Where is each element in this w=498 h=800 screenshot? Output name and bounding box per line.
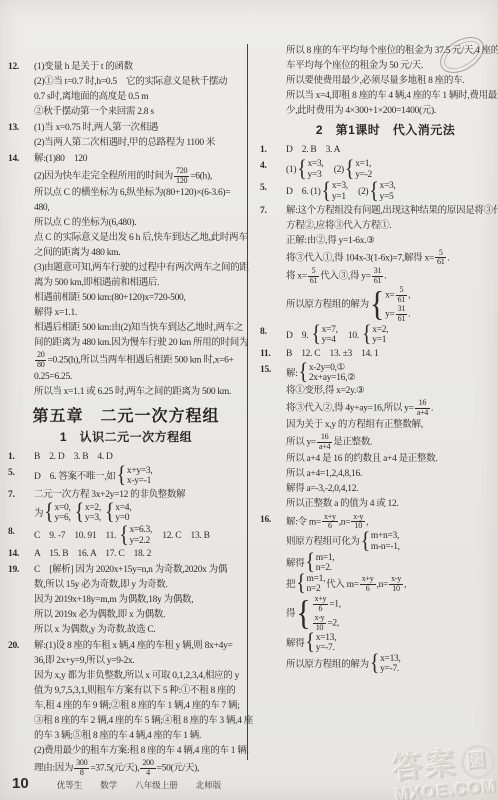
- left-brace-icon: {: [370, 289, 384, 320]
- text-line: 解得 x=1.1.: [34, 306, 244, 321]
- item-number: 5.: [260, 181, 286, 202]
- text-line: 间的距离为 480 km.因为慢车行驶 20 km 所用的时间为: [34, 336, 244, 351]
- left-brace-icon: {: [305, 633, 314, 654]
- fraction: 561: [308, 267, 319, 286]
- answer-item: 1.B 2. D 3. B 4. D: [8, 450, 244, 465]
- answer-item: 5.D 6. 答案不唯一,如{x+y=3,x-y=-1: [8, 466, 244, 487]
- left-brace-icon: {: [299, 363, 308, 384]
- equation-system: {x=13,y=-7.: [370, 654, 401, 675]
- left-brace-icon: {: [296, 598, 310, 629]
- text-line: 2080=0.25(h),所以当两车相遇后相距 500 km 时,x=6+: [34, 351, 244, 370]
- answer-item: 4.(1){x=3,y=3 (2){x=1,y=-2: [260, 159, 498, 180]
- answer-item: 14.A 15. B 16. A 17. C 18. 2: [8, 547, 244, 562]
- text-line: ③租 8 座的车 2 辆,4 座的车 5 辆;④租 8 座的车 3 辆,4 座: [34, 714, 244, 729]
- item-body: B 12. C 13. ±3 14. 1: [286, 347, 498, 362]
- fraction: x+y6: [360, 575, 376, 594]
- text-line: 0.25=6.25.: [34, 370, 244, 385]
- text-line: 相遇后相距 500 km:由(2)知当快车到达乙地时,两车之: [34, 321, 244, 336]
- section-heading: 2 第1课时 代入消元法: [260, 123, 498, 138]
- answer-item: 16.解:令 m=x+y6,n=x-y10,则原方程组可化为{m+n=3,m-n…: [260, 513, 498, 676]
- item-number: 11.: [260, 347, 286, 362]
- answer-item: 13.(1)当 x=0.75 时,两人第一次相遇(2)当两人第二次相遇时,甲的总…: [8, 121, 244, 151]
- text-line: B 2. D 3. B 4. D: [34, 450, 244, 465]
- text-line: 解:{x-2y=0,①2x+ay=16,②: [286, 363, 498, 384]
- fraction: x+y6: [322, 513, 338, 532]
- watermark-circled-char: 圈: [460, 744, 497, 781]
- item-number: 8.: [8, 525, 34, 546]
- answer-item: 19.C [解析] 因为 2020x+15y=n,n 为奇数,2020x 为偶数…: [8, 563, 244, 638]
- text-line: 所以当 x=1.1 或 6.25 时,两车之间的距离为 500 km.: [34, 385, 244, 400]
- answer-item: 11.B 12. C 13. ±3 14. 1: [260, 347, 498, 362]
- text-line: 所以要使费用最少,必须尽量多地租 8 座的车.: [286, 74, 498, 89]
- text-line: D 6. 答案不唯一,如{x+y=3,x-y=-1: [34, 466, 244, 487]
- left-brace-icon: {: [370, 654, 379, 675]
- item-number: 7.: [8, 488, 34, 524]
- left-brace-icon: {: [369, 182, 378, 203]
- equation-system: {m+n=3,m-n=-1,: [361, 531, 400, 552]
- text-line: 二元一次方程 3x+2y=12 的非负整数解: [34, 488, 244, 503]
- text-line: 因为 x,y 都为非负整数,所以 x 可取 0,1,2,3,4,相应的 y: [34, 669, 244, 684]
- answer-item: 20.解:(1)设 8 座的车租 x 辆,4 座的车租 y 辆,则 8x+4y=…: [8, 639, 244, 778]
- text-line: 所以当 x=4,即租 8 座的车 4 辆,4 座的车 1 辆时,费用最: [286, 89, 498, 104]
- left-brace-icon: {: [305, 553, 314, 574]
- page-footer: 10 优等生 数学 八年级上册 北师版: [12, 775, 235, 793]
- text-line: B 12. C 13. ±3 14. 1: [286, 347, 498, 362]
- text-line: 数,所以 15y 必为奇数,即 y 为奇数.: [34, 578, 244, 593]
- left-brace-icon: {: [361, 532, 370, 553]
- text-line: D 6. (1){x=3,y=1 (2){x=3,y=5: [286, 181, 498, 202]
- text-line: 解得 a=-3,-2,0,4,12.: [286, 482, 498, 497]
- answer-book-page: 12.(1)变量 h 是关于 t 的函数(2)①当 t=0.7 时,h=0.5 …: [0, 0, 498, 800]
- text-line: 之间的距离为 480 km.: [34, 246, 244, 261]
- text-line: C 9. -7 10. 91 11. {x=6.3,y=2.2 12. C 13…: [34, 525, 244, 546]
- text-line: 解得{m=1,n=2.: [286, 553, 498, 574]
- chapter-heading: 第五章 二元一次方程组: [8, 409, 244, 424]
- text-line: 所以 y=16a+4是正整数.: [286, 433, 498, 452]
- text-line: C [解析] 因为 2020x+15y=n,n 为奇数,2020x 为偶: [34, 563, 244, 578]
- text-line: 离为 500 km,即相遇前和相遇后.: [34, 276, 244, 291]
- item-body: D 6. 答案不唯一,如{x+y=3,x-y=-1: [34, 466, 244, 487]
- item-body: 解:(1)80 120(2)因为快车走完全程所用的时间为720120=6(h),…: [34, 152, 244, 400]
- text-line: 所以点 C 的坐标为(6,480).: [34, 216, 244, 231]
- text-line: ②秋千摆动第一个来回需 2.8 s: [34, 105, 244, 120]
- text-line: 点 C 的实际意义是出发 6 h 后,快车到达乙地,此时两车: [34, 231, 244, 246]
- text-line: D 9. {x=7,y=4 10. {x=2,y=1: [286, 325, 498, 346]
- section-heading: 1 认识二元一次方程组: [8, 430, 244, 445]
- text-line: 所以 2019x 必为偶数,即 x 为偶数.: [34, 608, 244, 623]
- left-brace-icon: {: [362, 325, 371, 346]
- text-line: 将③代入②,得 4y+ay=16,所以 y=16a+4.: [286, 399, 498, 418]
- text-line: (2)费用最少的租车方案:租 8 座的车 4 辆,4 座的车 1 辆.: [34, 744, 244, 759]
- fraction: 3161: [372, 267, 383, 286]
- equation-system: {x=7,y=4: [311, 325, 337, 346]
- fraction: 16a+4: [415, 399, 430, 418]
- text-line: 解:(1)设 8 座的车租 x 辆,4 座的车租 y 辆,则 8x+4y=: [34, 639, 244, 654]
- text-line: 解:(1)80 120: [34, 152, 244, 167]
- text-line: 将 x=561代入③,得 y=3161.: [286, 267, 498, 286]
- fraction: 3161: [396, 305, 407, 324]
- left-brace-icon: {: [117, 466, 126, 487]
- text-line: 解:这个方程组没有问题,出现这种结果的原因是将③代入: [286, 204, 498, 219]
- text-line: 所以 a+4=1,2,4,8,16.: [286, 467, 498, 482]
- equation-system: {x+y6=1,x-y10=2,: [296, 595, 341, 633]
- text-line: 车,租 4 座的车 9 辆;②租 8 座的车 1 辆,4 座的车 7 辆;: [34, 699, 244, 714]
- text-line: (3)由题意可知,两车行驶的过程中有两次两车之间的距: [34, 261, 244, 276]
- item-body: C 9. -7 10. 91 11. {x=6.3,y=2.2 12. C 13…: [34, 525, 244, 546]
- text-line: (1)变量 h 是关于 t 的函数: [34, 60, 244, 75]
- text-line: 的车 3 辆;⑤租 8 座的车 4 辆,4 座的车 1 辆.: [34, 729, 244, 744]
- text-line: 值为 9,7,5,3,1,则租车方案有以下 5 种:①不租 8 座的: [34, 684, 244, 699]
- item-number: 19.: [8, 563, 34, 638]
- footer-series: 优等生: [57, 780, 83, 790]
- page-number: 10: [12, 775, 29, 792]
- item-body: 解:{x-2y=0,①2x+ay=16,②将①变形,得 x=2y.③将③代入②,…: [286, 363, 498, 512]
- fraction: 720120: [174, 167, 189, 186]
- footer-edition: 北师版: [196, 780, 222, 790]
- left-brace-icon: {: [296, 574, 305, 595]
- left-brace-icon: {: [345, 159, 354, 180]
- text-line: 所以 x 为偶数,y 为奇数.故选 C.: [34, 623, 244, 638]
- text-line: 为{x=0,y=6, {x=2,y=3, {x=4,y=0: [34, 503, 244, 524]
- footer-subject: 数学: [100, 780, 117, 790]
- footer-meta: 优等生 数学 八年级上册 北师版: [57, 775, 236, 793]
- equation-system: {x=2,y=1: [362, 325, 388, 346]
- watermark: 答案圈 MXQE.COM: [391, 744, 498, 800]
- text-line: 相遇前相距 500 km:(80+120)x=720-500,: [34, 291, 244, 306]
- text-line: 所以 a+4 是 16 的约数且 a+4 是正整数.: [286, 452, 498, 467]
- item-body: (1)变量 h 是关于 t 的函数(2)①当 t=0.7 时,h=0.5 它的实…: [34, 60, 244, 120]
- text-line: (2)①当 t=0.7 时,h=0.5 它的实际意义是秋千摆动: [34, 75, 244, 90]
- item-body: 二元一次方程 3x+2y=12 的非负整数解为{x=0,y=6, {x=2,y=…: [34, 488, 244, 524]
- item-body: B 2. D 3. B 4. D: [34, 450, 244, 465]
- footer-grade: 八年级上册: [135, 780, 178, 790]
- text-line: 所以原方程组的解为{x=561,y=3161.: [286, 286, 498, 324]
- equation-system: {x=3,y=3: [297, 159, 323, 180]
- equation-system: {x=3,y=5: [369, 181, 395, 202]
- text-line: 正解:由②,得 y=1-6x.③: [286, 234, 498, 249]
- text-line: 将①变形,得 x=2y.③: [286, 384, 498, 399]
- text-line: A 15. B 16. A 17. C 18. 2: [34, 547, 244, 562]
- item-number: 20.: [8, 639, 34, 778]
- text-line: 所以正整数 a 的值为 4 或 12.: [286, 497, 498, 512]
- equation-system: {x=4,y=0: [105, 503, 131, 524]
- item-number: 1.: [8, 450, 34, 465]
- equation-system: {x=2,y=3,: [75, 503, 101, 524]
- answer-item: 1.D 2. B 3. A: [260, 143, 498, 158]
- text-line: 得{x+y6=1,x-y10=2,: [286, 595, 498, 633]
- left-brace-icon: {: [322, 182, 331, 203]
- item-body: D 2. B 3. A: [286, 143, 498, 158]
- fraction: 16a+4: [317, 433, 332, 452]
- text-line: 36,即 2x+y=9,所以 y=9-2x.: [34, 654, 244, 669]
- text-line: 480,: [34, 201, 244, 216]
- answer-item: 14.解:(1)80 120(2)因为快车走完全程所用的时间为720120=6(…: [8, 152, 244, 400]
- item-number: 7.: [260, 204, 286, 324]
- equation-system: {x=0,y=6,: [44, 503, 70, 524]
- item-number: 1.: [260, 143, 286, 158]
- fraction: x-y10: [313, 614, 327, 633]
- item-number: 5.: [8, 466, 34, 487]
- text-line: 少,此时费用为 4×300+1×200=1400(元).: [286, 104, 498, 119]
- left-brace-icon: {: [297, 159, 306, 180]
- text-line: 所以原方程组的解为{x=13,y=-7.: [286, 654, 498, 675]
- answer-item: 7.解:这个方程组没有问题,出现这种结果的原因是将③代入方程②,应将③代入方程①…: [260, 204, 498, 324]
- right-column: 所以 8 座的车平均每个座位的租金为 37.5 元/天,4 座的车平均每个座位的…: [260, 44, 498, 764]
- text-line: 则原方程组可化为{m+n=3,m-n=-1,: [286, 531, 498, 552]
- text-line: 车平均每个座位的租金为 50 元/天.: [286, 59, 498, 74]
- item-body: 解:令 m=x+y6,n=x-y10,则原方程组可化为{m+n=3,m-n=-1…: [286, 513, 498, 676]
- top-spacer: [8, 44, 244, 60]
- fraction: x-y10: [389, 575, 403, 594]
- text-line: 因为关于 x,y 的方程组有正整数解,: [286, 418, 498, 433]
- item-body: (1){x=3,y=3 (2){x=1,y=-2: [286, 159, 498, 180]
- fraction: 561: [396, 286, 407, 305]
- text-line: 所以点 C 的横坐标为 6,纵坐标为(80+120)×(6-3.6)=: [34, 186, 244, 201]
- left-brace-icon: {: [75, 503, 84, 524]
- item-body: D 6. (1){x=3,y=1 (2){x=3,y=5: [286, 181, 498, 202]
- text-line: 因为 2019x+18y=m,m 为偶数,18y 为偶数,: [34, 593, 244, 608]
- equation-system: {x=3,y=1: [322, 181, 348, 202]
- item-body: (1)当 x=0.75 时,两人第一次相遇(2)当两人第二次相遇时,甲的总路程为…: [34, 121, 244, 151]
- answer-item: 8.C 9. -7 10. 91 11. {x=6.3,y=2.2 12. C …: [8, 525, 244, 546]
- equation-system: {x=6.3,y=2.2: [119, 525, 152, 546]
- answer-item: 15.解:{x-2y=0,①2x+ay=16,②将①变形,得 x=2y.③将③代…: [260, 363, 498, 512]
- item-body: D 9. {x=7,y=4 10. {x=2,y=1: [286, 325, 498, 346]
- item-number: 4.: [260, 159, 286, 180]
- text-line: D 2. B 3. A: [286, 143, 498, 158]
- item-number: 13.: [8, 121, 34, 151]
- page-columns: 12.(1)变量 h 是关于 t 的函数(2)①当 t=0.7 时,h=0.5 …: [8, 44, 494, 764]
- left-brace-icon: {: [119, 525, 128, 546]
- answer-item: 8.D 9. {x=7,y=4 10. {x=2,y=1: [260, 325, 498, 346]
- text-line: 解得{x=13,y=-7.: [286, 633, 498, 654]
- left-brace-icon: {: [311, 325, 320, 346]
- left-column: 12.(1)变量 h 是关于 t 的函数(2)①当 t=0.7 时,h=0.5 …: [8, 44, 244, 764]
- continued-solution: 所以 8 座的车平均每个座位的租金为 37.5 元/天,4 座的车平均每个座位的…: [260, 44, 498, 119]
- text-line: (1){x=3,y=3 (2){x=1,y=-2: [286, 159, 498, 180]
- item-number: 14.: [8, 152, 34, 400]
- fraction: 561: [435, 249, 446, 268]
- text-line: (1)当 x=0.75 时,两人第一次相遇: [34, 121, 244, 136]
- left-brace-icon: {: [105, 503, 114, 524]
- equation-system: {x+y=3,x-y=-1: [117, 466, 153, 487]
- fraction: x+y6: [313, 595, 329, 614]
- item-number: 16.: [260, 513, 286, 676]
- item-number: 14.: [8, 547, 34, 562]
- equation-system: {m=1,n=2.: [305, 553, 334, 574]
- equation-system: {m=1,n=2: [296, 574, 325, 595]
- text-line: 解:令 m=x+y6,n=x-y10,: [286, 513, 498, 532]
- answer-item: 5.D 6. (1){x=3,y=1 (2){x=3,y=5: [260, 181, 498, 202]
- equation-system: {x=13,y=-7.: [305, 633, 336, 654]
- text-line: 方程②,应将③代入方程①.: [286, 219, 498, 234]
- left-brace-icon: {: [44, 503, 53, 524]
- text-line: 所以 8 座的车平均每个座位的租金为 37.5 元/天,4 座的: [286, 44, 498, 59]
- equation-system: {x-2y=0,①2x+ay=16,②: [299, 363, 356, 384]
- item-body: 解:(1)设 8 座的车租 x 辆,4 座的车租 y 辆,则 8x+4y=36,…: [34, 639, 244, 778]
- item-number: 12.: [8, 60, 34, 120]
- item-body: 解:这个方程组没有问题,出现这种结果的原因是将③代入方程②,应将③代入方程①.正…: [286, 204, 498, 324]
- fraction: 2080: [35, 351, 46, 370]
- item-number: 15.: [260, 363, 286, 512]
- item-body: 所以 8 座的车平均每个座位的租金为 37.5 元/天,4 座的车平均每个座位的…: [286, 44, 498, 119]
- answer-item: 12.(1)变量 h 是关于 t 的函数(2)①当 t=0.7 时,h=0.5 …: [8, 60, 244, 120]
- text-line: 将③代入①,得 104x-3(1-6x)=7,解得 x=561.: [286, 249, 498, 268]
- item-body: C [解析] 因为 2020x+15y=n,n 为奇数,2020x 为偶数,所以…: [34, 563, 244, 638]
- item-body: A 15. B 16. A 17. C 18. 2: [34, 547, 244, 562]
- text-line: (2)当两人第二次相遇时,甲的总路程为 1100 米: [34, 136, 244, 151]
- equation-system: {x=1,y=-2: [345, 159, 372, 180]
- item-number: 8.: [260, 325, 286, 346]
- answer-item: 7.二元一次方程 3x+2y=12 的非负整数解为{x=0,y=6, {x=2,…: [8, 488, 244, 524]
- equation-system: {x=561,y=3161.: [370, 286, 410, 324]
- text-line: (2)因为快车走完全程所用的时间为720120=6(h),: [34, 167, 244, 186]
- text-line: 把{m=1,n=2代入 m=x+y6,n=x-y10,: [286, 574, 498, 595]
- text-line: 0.7 s时,离地面的高度是 0.5 m: [34, 90, 244, 105]
